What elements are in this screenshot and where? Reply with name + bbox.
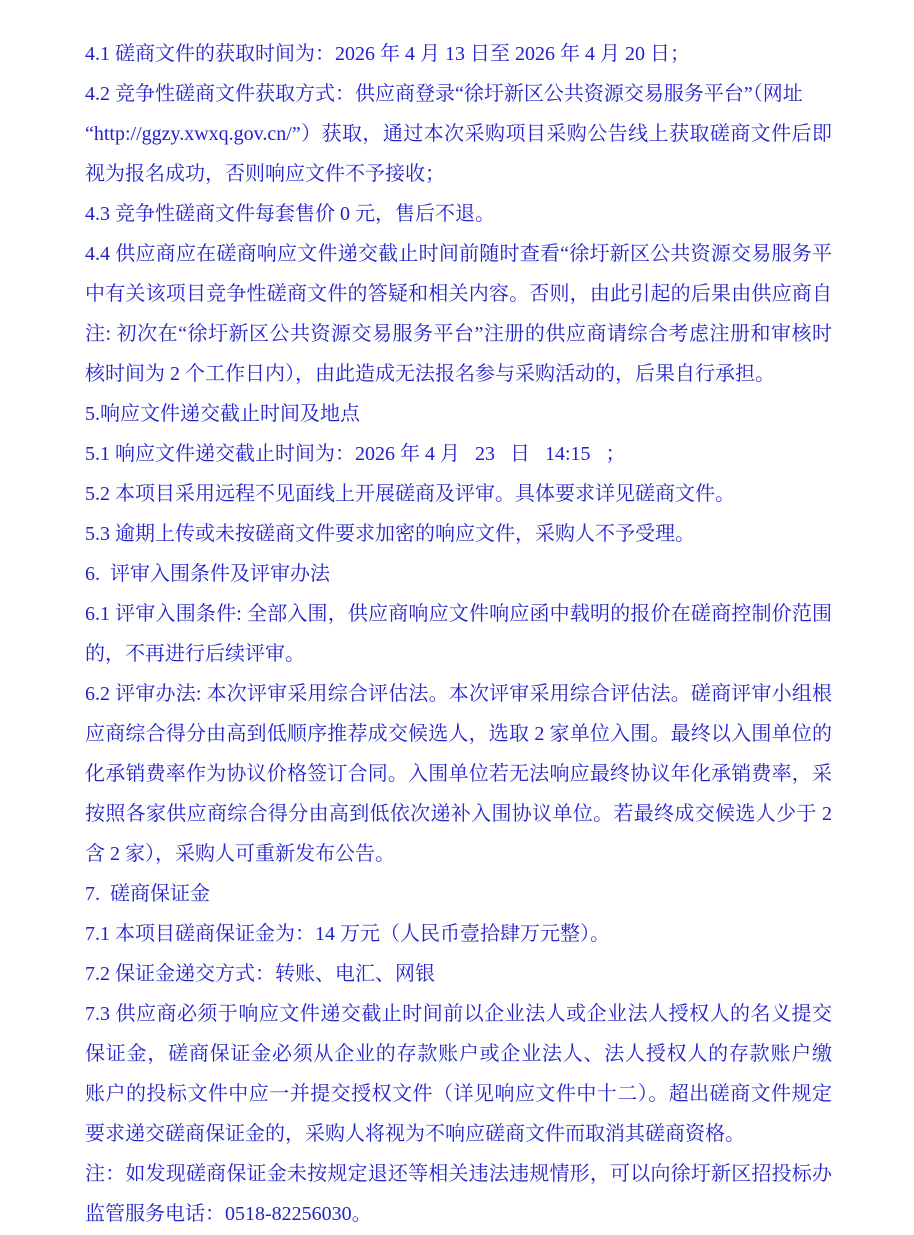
doc-section-heading: 5.响应文件递交截止时间及地点 xyxy=(85,394,832,434)
doc-line: 的，不再进行后续评审。 xyxy=(85,634,832,674)
doc-line: 含 2 家），采购人可重新发布公告。 xyxy=(85,834,832,874)
doc-line: 要求递交磋商保证金的，采购人将视为不响应磋商文件而取消其磋商资格。 xyxy=(85,1114,832,1154)
doc-line: 7.3 供应商必须于响应文件递交截止时间前以企业法人或企业法人授权人的名义提交磋… xyxy=(85,994,832,1034)
doc-line: 注：如发现磋商保证金未按规定退还等相关违法违规情形，可以向徐圩新区招投标办投诉， xyxy=(85,1154,832,1194)
doc-line: 视为报名成功，否则响应文件不予接收； xyxy=(85,154,832,194)
doc-line: 5.1 响应文件递交截止时间为：2026 年 4 月 23 日 14:15 ； xyxy=(85,434,832,474)
document-page: 4.1 磋商文件的获取时间为：2026 年 4 月 13 日至 2026 年 4… xyxy=(0,0,914,1235)
doc-line: 5.3 逾期上传或未按磋商文件要求加密的响应文件，采购人不予受理。 xyxy=(85,514,832,554)
doc-section-heading: 7. 磋商保证金 xyxy=(85,874,832,914)
doc-line: 4.2 竞争性磋商文件获取方式：供应商登录“徐圩新区公共资源交易服务平台”（网址 xyxy=(85,74,832,114)
doc-line: 6.2 评审办法: 本次评审采用综合评估法。本次评审采用综合评估法。磋商评审小组… xyxy=(85,674,832,714)
doc-line: 6.1 评审入围条件: 全部入围，供应商响应文件响应函中载明的报价在磋商控制价范… xyxy=(85,594,832,634)
doc-line: 5.2 本项目采用远程不见面线上开展磋商及评审。具体要求详见磋商文件。 xyxy=(85,474,832,514)
doc-line: 账户的投标文件中应一并提交授权文件（详见响应文件中十二）。超出磋商文件规定时间和 xyxy=(85,1074,832,1114)
doc-line: 4.3 竞争性磋商文件每套售价 0 元，售后不退。 xyxy=(85,194,832,234)
doc-line: 中有关该项目竞争性磋商文件的答疑和相关内容。否则，由此引起的后果由供应商自行承担… xyxy=(85,274,832,314)
doc-line: 按照各家供应商综合得分由高到低依次递补入围协议单位。若最终成交候选人少于 2 家… xyxy=(85,794,832,834)
doc-line: 7.1 本项目磋商保证金为：14 万元（人民币壹拾肆万元整）。 xyxy=(85,914,832,954)
doc-line: 保证金，磋商保证金必须从企业的存款账户或企业法人、法人授权人的存款账户缴纳，境外 xyxy=(85,1034,832,1074)
doc-line: 4.1 磋商文件的获取时间为：2026 年 4 月 13 日至 2026 年 4… xyxy=(85,34,832,74)
doc-line: 注: 初次在“徐圩新区公共资源交易服务平台”注册的供应商请综合考虑注册和审核时间… xyxy=(85,314,832,354)
doc-section-heading: 6. 评审入围条件及评审办法 xyxy=(85,554,832,594)
doc-line: 核时间为 2 个工作日内），由此造成无法报名参与采购活动的，后果自行承担。 xyxy=(85,354,832,394)
doc-line: 化承销费率作为协议价格签订合同。入围单位若无法响应最终协议年化承销费率，采购人将 xyxy=(85,754,832,794)
doc-line: 7.2 保证金递交方式：转账、电汇、网银 xyxy=(85,954,832,994)
doc-line: 监管服务电话：0518-82256030。 xyxy=(85,1194,832,1234)
doc-line: 4.4 供应商应在磋商响应文件递交截止时间前随时查看“徐圩新区公共资源交易服务平… xyxy=(85,234,832,274)
doc-line: 应商综合得分由高到低顺序推荐成交候选人，选取 2 家单位入围。最终以入围单位的最… xyxy=(85,714,832,754)
doc-line: “http://ggzy.xwxq.gov.cn/”）获取，通过本次采购项目采购… xyxy=(85,114,832,154)
